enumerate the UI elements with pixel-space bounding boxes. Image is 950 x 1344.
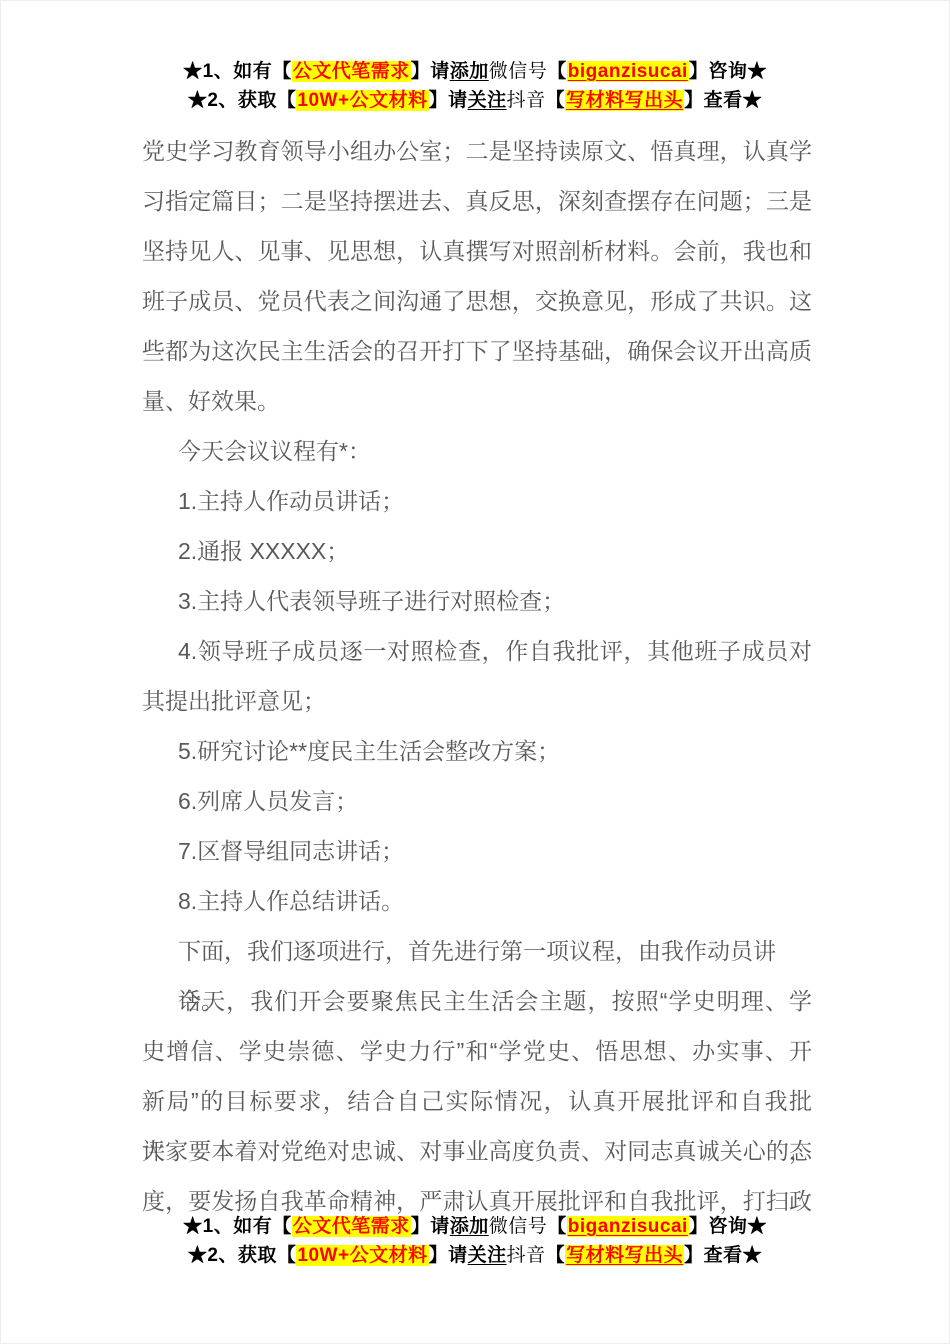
body-text-line: 4.领导班子成员逐一对照检查，作自我批评，其他班子成员对 xyxy=(142,626,812,676)
body-text-line: 今天，我们开会要聚焦民主生活会主题，按照“学史明理、学 xyxy=(142,976,812,1026)
promo-text: 】查看★ xyxy=(684,1245,762,1266)
promo-text: ★2、获取【 xyxy=(188,1245,297,1266)
promo-highlighted-text: 10W+公文材料 xyxy=(296,90,428,111)
body-text-line: 党史学习教育领导小组办公室；二是坚持读原文、悟真理，认真学 xyxy=(142,126,812,176)
body-text-line: 5.研究讨论**度民主生活会整改方案； xyxy=(142,726,812,776)
body-text-line: 大家要本着对党绝对忠诚、对事业高度负责、对同志真诚关心的态 xyxy=(142,1126,812,1176)
body-text-line: 习指定篇目；二是坚持摆进去、真反思，深刻查摆存在问题；三是 xyxy=(142,176,812,226)
body-text-line: 1.主持人作动员讲话； xyxy=(142,476,812,526)
body-text-line: 班子成员、党员代表之间沟通了思想，交换意见，形成了共识。这 xyxy=(142,276,812,326)
body-text-line: 下面，我们逐项进行，首先进行第一项议程，由我作动员讲话。 xyxy=(142,926,812,976)
promo-text: 添加 xyxy=(450,61,489,82)
promo-line-1: ★1、如有【公文代笔需求】请添加微信号【biganzisucai】咨询★ xyxy=(1,1212,949,1241)
promo-text: 】咨询★ xyxy=(689,1216,767,1237)
document-body: 党史学习教育领导小组办公室；二是坚持读原文、悟真理，认真学习指定篇目；二是坚持摆… xyxy=(142,126,812,1226)
promo-text: 微信号 xyxy=(489,61,548,82)
promo-text: 关注 xyxy=(468,90,507,111)
promo-text: 【 xyxy=(547,61,567,82)
promo-text: ★2、获取【 xyxy=(188,90,297,111)
promo-highlighted-text: 公文代笔需求 xyxy=(292,61,411,82)
promo-highlighted-text: 10W+公文材料 xyxy=(296,1245,428,1266)
promo-text: 】请 xyxy=(411,1216,450,1237)
promo-text: 抖音 xyxy=(507,90,546,111)
promo-text: 】请 xyxy=(411,61,450,82)
body-text-line: 量、好效果。 xyxy=(142,376,812,426)
promo-highlighted-text: 公文代笔需求 xyxy=(292,1216,411,1237)
promo-text: ★1、如有【 xyxy=(183,1216,292,1237)
promo-line-2: ★2、获取【10W+公文材料】请关注抖音【写材料写出头】查看★ xyxy=(1,1241,949,1270)
promo-highlighted-text: biganzisucai xyxy=(567,61,689,82)
promo-text: 】请 xyxy=(429,1245,468,1266)
promo-text: 关注 xyxy=(468,1245,507,1266)
body-text-line: 2.通报 XXXXX； xyxy=(142,526,812,576)
body-text-line: 6.列席人员发言； xyxy=(142,776,812,826)
promo-banner-top: ★1、如有【公文代笔需求】请添加微信号【biganzisucai】咨询★★2、获… xyxy=(1,57,949,115)
body-text-line: 史增信、学史崇德、学史力行”和“学党史、悟思想、办实事、开 xyxy=(142,1026,812,1076)
body-text-line: 8.主持人作总结讲话。 xyxy=(142,876,812,926)
promo-text: 抖音 xyxy=(507,1245,546,1266)
promo-line-2: ★2、获取【10W+公文材料】请关注抖音【写材料写出头】查看★ xyxy=(1,86,949,115)
promo-text: 】请 xyxy=(429,90,468,111)
promo-text: ★1、如有【 xyxy=(183,61,292,82)
promo-text: 【 xyxy=(547,1216,567,1237)
body-text-line: 7.区督导组同志讲话； xyxy=(142,826,812,876)
promo-text: 【 xyxy=(546,1245,566,1266)
promo-text: 微信号 xyxy=(489,1216,548,1237)
document-page: ★1、如有【公文代笔需求】请添加微信号【biganzisucai】咨询★★2、获… xyxy=(0,0,950,1344)
promo-text: 添加 xyxy=(450,1216,489,1237)
promo-highlighted-text: 写材料写出头 xyxy=(565,1245,684,1266)
promo-banner-bottom: ★1、如有【公文代笔需求】请添加微信号【biganzisucai】咨询★★2、获… xyxy=(1,1212,949,1270)
promo-text: 】咨询★ xyxy=(689,61,767,82)
promo-line-1: ★1、如有【公文代笔需求】请添加微信号【biganzisucai】咨询★ xyxy=(1,57,949,86)
promo-highlighted-text: biganzisucai xyxy=(567,1216,689,1237)
body-text-line: 些都为这次民主生活会的召开打下了坚持基础，确保会议开出高质 xyxy=(142,326,812,376)
promo-text: 【 xyxy=(546,90,566,111)
body-text-line: 新局”的目标要求，结合自己实际情况，认真开展批评和自我批评， xyxy=(142,1076,812,1126)
body-text-line: 其提出批评意见； xyxy=(142,676,812,726)
body-text-line: 今天会议议程有*： xyxy=(142,426,812,476)
body-text-line: 坚持见人、见事、见思想，认真撰写对照剖析材料。会前，我也和 xyxy=(142,226,812,276)
promo-text: 】查看★ xyxy=(684,90,762,111)
body-text-line: 3.主持人代表领导班子进行对照检查； xyxy=(142,576,812,626)
promo-highlighted-text: 写材料写出头 xyxy=(565,90,684,111)
